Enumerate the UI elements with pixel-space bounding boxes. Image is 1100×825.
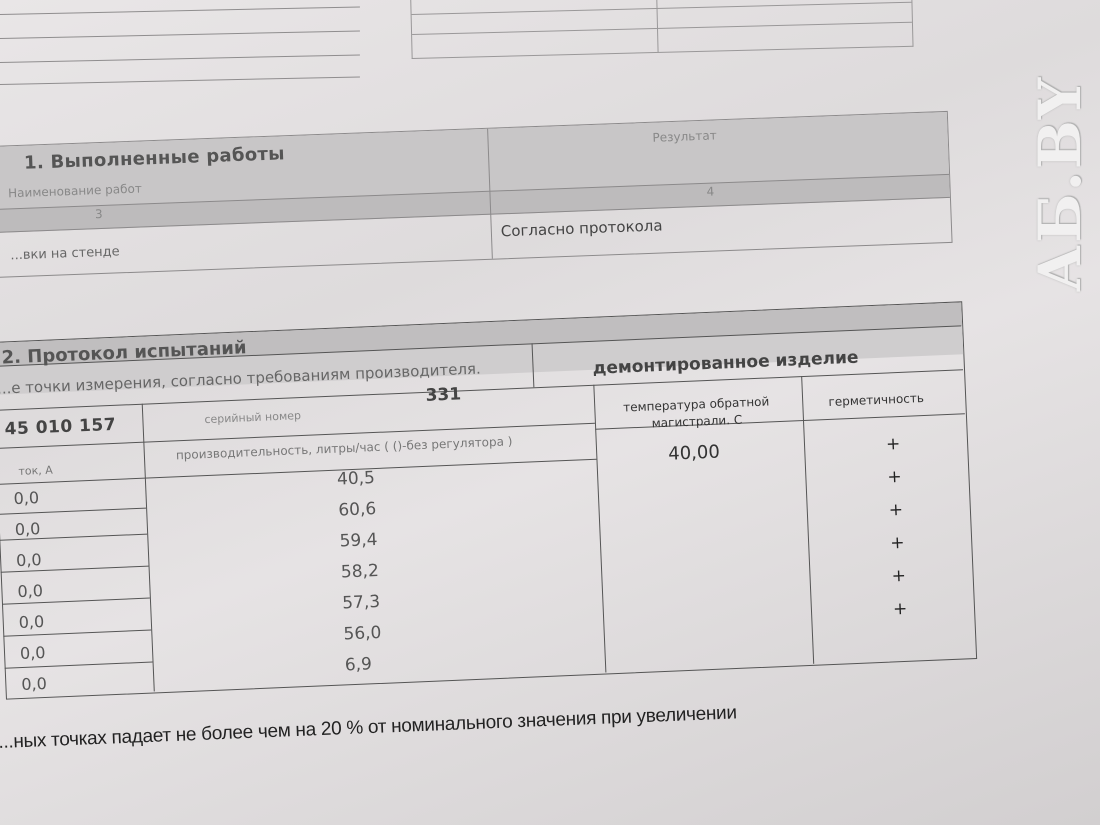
- performance-cell: 60,6: [338, 499, 377, 521]
- column-header-result: Результат: [652, 128, 717, 144]
- tightness-cell: +: [893, 599, 908, 620]
- performance-cell: 6,9: [344, 654, 372, 675]
- temperature-value: 40,00: [668, 442, 720, 465]
- current-cell: 0,0: [16, 550, 42, 570]
- current-cell: 0,0: [17, 581, 43, 601]
- tightness-cell: +: [891, 566, 906, 587]
- column-number: 3: [95, 207, 103, 221]
- result-cell: Согласно протокола: [501, 216, 663, 240]
- cut-label: ф. вып.: [551, 0, 597, 1]
- tightness-cell: +: [888, 500, 903, 521]
- current-cell: 0,0: [20, 643, 46, 663]
- form-line: [0, 76, 360, 85]
- form-line: [0, 6, 360, 15]
- current-cell: 0,0: [21, 674, 47, 694]
- performance-cell: 56,0: [343, 623, 382, 645]
- section-test-protocol: 2. Протокол испытаний ...е точки измерен…: [0, 277, 981, 717]
- current-cell: 0,0: [13, 488, 39, 508]
- work-name-cell: ...вки на стенде: [10, 244, 120, 263]
- current-cell: 0,0: [14, 519, 40, 539]
- tightness-cell: +: [887, 467, 902, 488]
- performance-cell: 40,5: [337, 468, 376, 490]
- performance-cell: 57,3: [342, 592, 381, 614]
- current-cell: 0,0: [18, 612, 44, 632]
- column-number: 4: [706, 185, 714, 199]
- tightness-cell: +: [890, 533, 905, 554]
- form-line: [0, 30, 360, 39]
- watermark-logo: АБ.BY: [1026, 54, 1094, 314]
- column-header-current: ток, А: [18, 464, 53, 478]
- form-line: [0, 54, 360, 63]
- performance-cell: 58,2: [341, 561, 380, 583]
- serial-value: 331: [425, 384, 461, 405]
- top-table-fragment: ф. вып.: [410, 0, 914, 59]
- section-completed-works: Наименование работ Результат 3 4 ...вки …: [0, 73, 944, 108]
- tightness-cell: +: [886, 434, 901, 455]
- performance-cell: 59,4: [339, 530, 378, 552]
- works-table: Наименование работ Результат 3 4 ...вки …: [0, 111, 953, 278]
